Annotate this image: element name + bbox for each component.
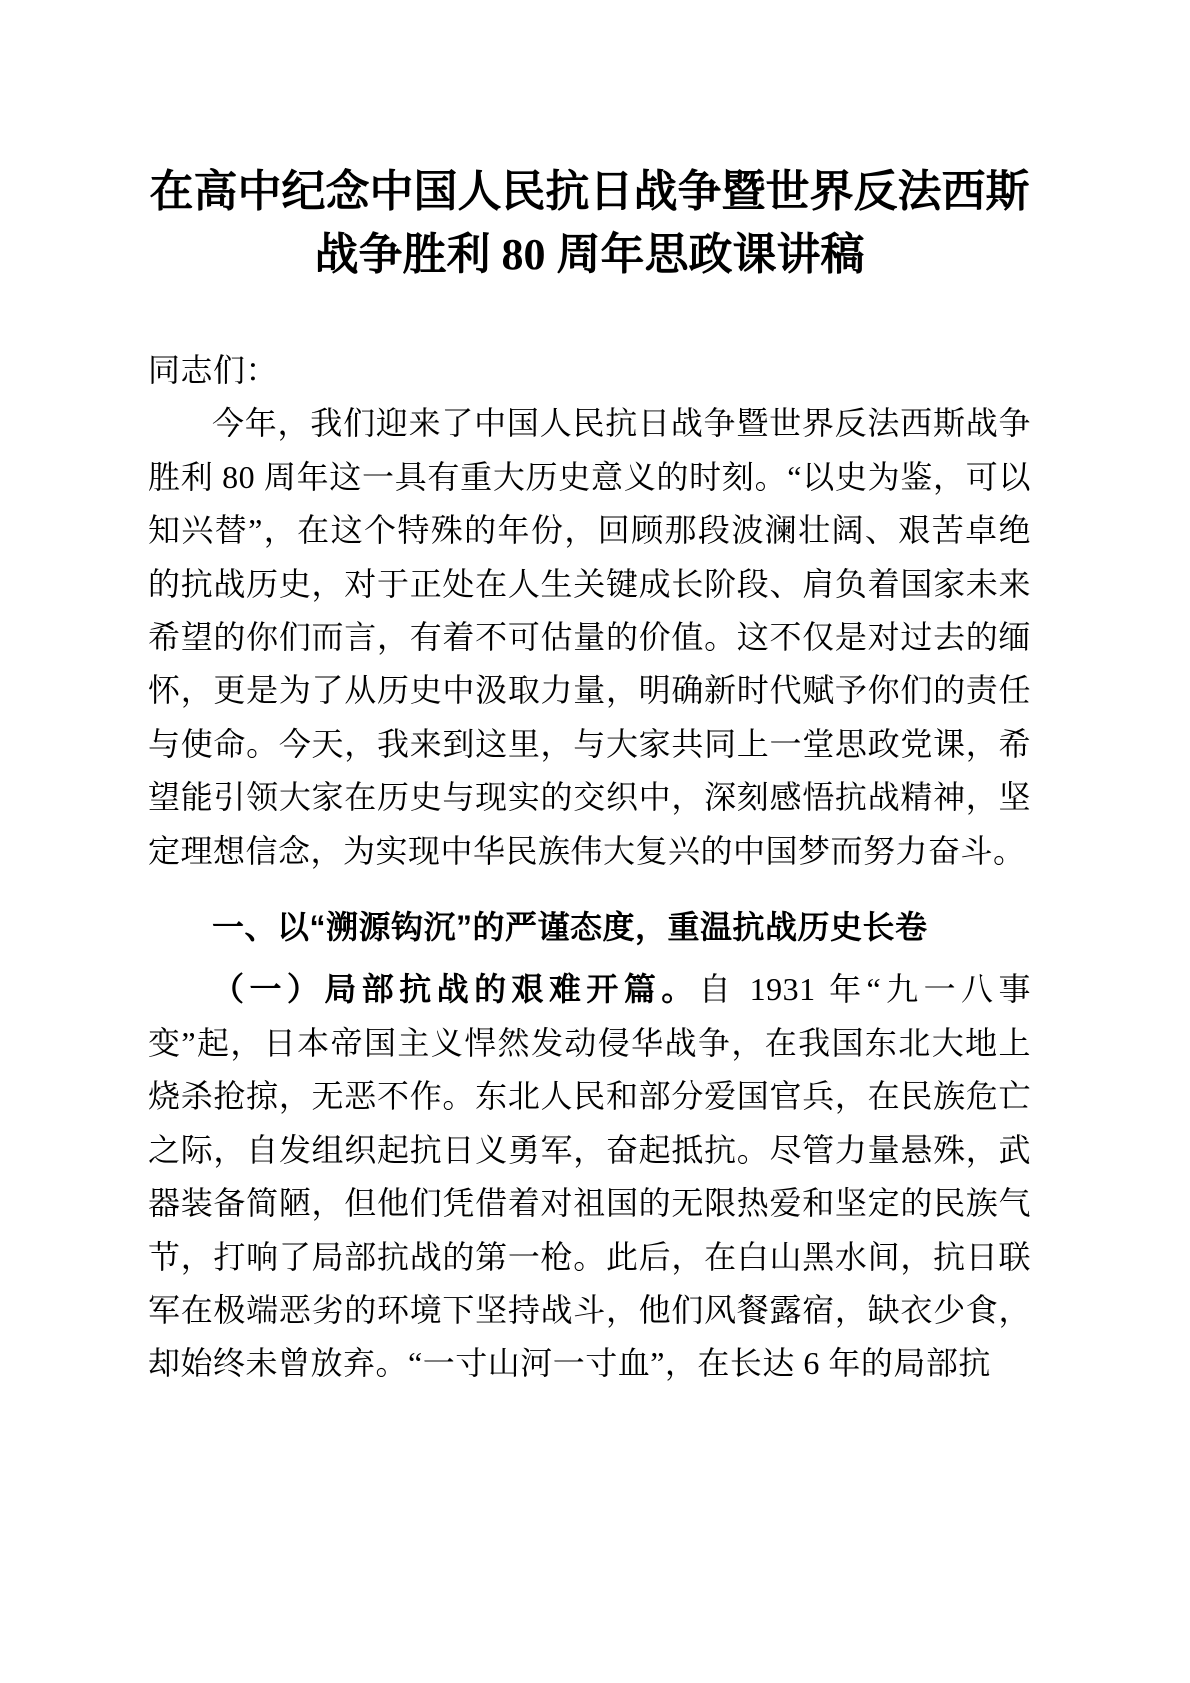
subsection-1-1-paragraph: （一）局部抗战的艰难开篇。自 1931 年“九一八事变”起，日本帝国主义悍然发动… bbox=[148, 963, 1031, 1390]
salutation: 同志们： bbox=[148, 344, 1031, 397]
document-title: 在高中纪念中国人民抗日战争暨世界反法西斯战争胜利 80 周年思政课讲稿 bbox=[148, 160, 1031, 286]
section-1-heading: 一、以“溯源钩沉”的严谨态度，重温抗战历史长卷 bbox=[148, 901, 1031, 954]
document-page: 在高中纪念中国人民抗日战争暨世界反法西斯战争胜利 80 周年思政课讲稿 同志们：… bbox=[0, 0, 1190, 1683]
document-body: 同志们： 今年，我们迎来了中国人民抗日战争暨世界反法西斯战争胜利 80 周年这一… bbox=[148, 344, 1031, 1391]
subsection-1-1-text: 自 1931 年“九一八事变”起，日本帝国主义悍然发动侵华战争，在我国东北大地上… bbox=[148, 971, 1031, 1381]
intro-paragraph: 今年，我们迎来了中国人民抗日战争暨世界反法西斯战争胜利 80 周年这一具有重大历… bbox=[148, 397, 1031, 878]
subsection-1-1-lead: （一）局部抗战的艰难开篇。 bbox=[212, 971, 699, 1007]
